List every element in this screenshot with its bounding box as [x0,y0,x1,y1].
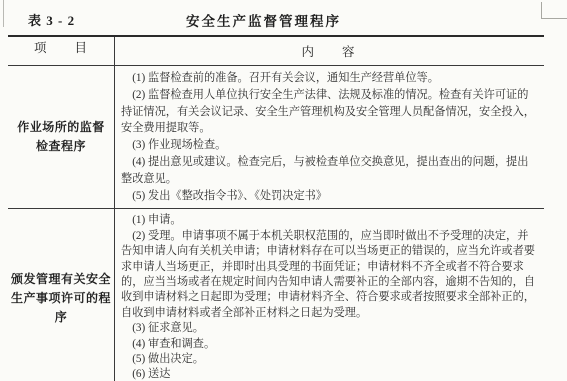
row1-step-3: (3) 作业现场检查。 [121,137,536,154]
row2-step-5: (5) 做出决定。 [121,352,536,367]
row1-item-label-line2: 检查程序 [36,137,86,156]
row2-item-cell: 颁发管理有关安全 生产事项许可的程序 [8,209,114,381]
table-header-row: 项 目 内 容 [8,37,544,66]
table-caption-row: 表 3 - 2 安全生产监督管理程序 [0,0,567,35]
row1-content-cell: (1) 监督检查前的准备。召开有关会议，通知生产经营单位等。 (2) 监督检查用… [114,66,544,208]
row1-step-4: (4) 提出意见或建议。检查完后，与被检查单位交换意见，提出查出的问题，提出整改… [121,154,536,188]
row1-item-cell: 作业场所的监督 检查程序 [8,66,114,208]
scanned-document-page: 表 3 - 2 安全生产监督管理程序 项 目 内 容 作业场所的监督 检查程序 … [0,0,567,381]
row2-step-4: (4) 审查和调查。 [121,337,536,352]
table-row: 作业场所的监督 检查程序 (1) 监督检查前的准备。召开有关会议，通知生产经营单… [8,66,544,208]
row2-step-3: (3) 征求意见。 [121,321,536,336]
row1-item-label-line1: 作业场所的监督 [17,118,105,137]
header-cell-content: 内 容 [114,37,544,65]
row2-step-6: (6) 送达 [121,367,536,381]
row2-step-2: (2) 受理。申请事项不属于本机关职权范围的，应当即时做出不予受理的决定，并告知… [121,229,536,321]
header-cell-item: 项 目 [8,37,114,57]
row2-content-cell: (1) 申请。 (2) 受理。申请事项不属于本机关职权范围的，应当即时做出不予受… [114,209,544,381]
table-title: 安全生产监督管理程序 [0,10,527,30]
row2-item-label-line1: 颁发管理有关安全 [11,270,111,289]
row2-step-1: (1) 申请。 [121,213,536,228]
table-row: 颁发管理有关安全 生产事项许可的程序 (1) 申请。 (2) 受理。申请事项不属… [8,208,544,381]
row1-step-2: (2) 监督检查用人单位执行安全生产法律、法规及标准的情况。检查有关许可证的持证… [121,87,536,137]
row1-step-1: (1) 监督检查前的准备。召开有关会议，通知生产经营单位等。 [121,70,536,87]
procedure-table: 项 目 内 容 作业场所的监督 检查程序 (1) 监督检查前的准备。召开有关会议… [8,35,544,381]
row1-step-5: (5) 发出《整改指令书》、《处罚决定书》 [121,188,536,205]
row2-item-label-line2: 生产事项许可的程序 [8,289,114,327]
